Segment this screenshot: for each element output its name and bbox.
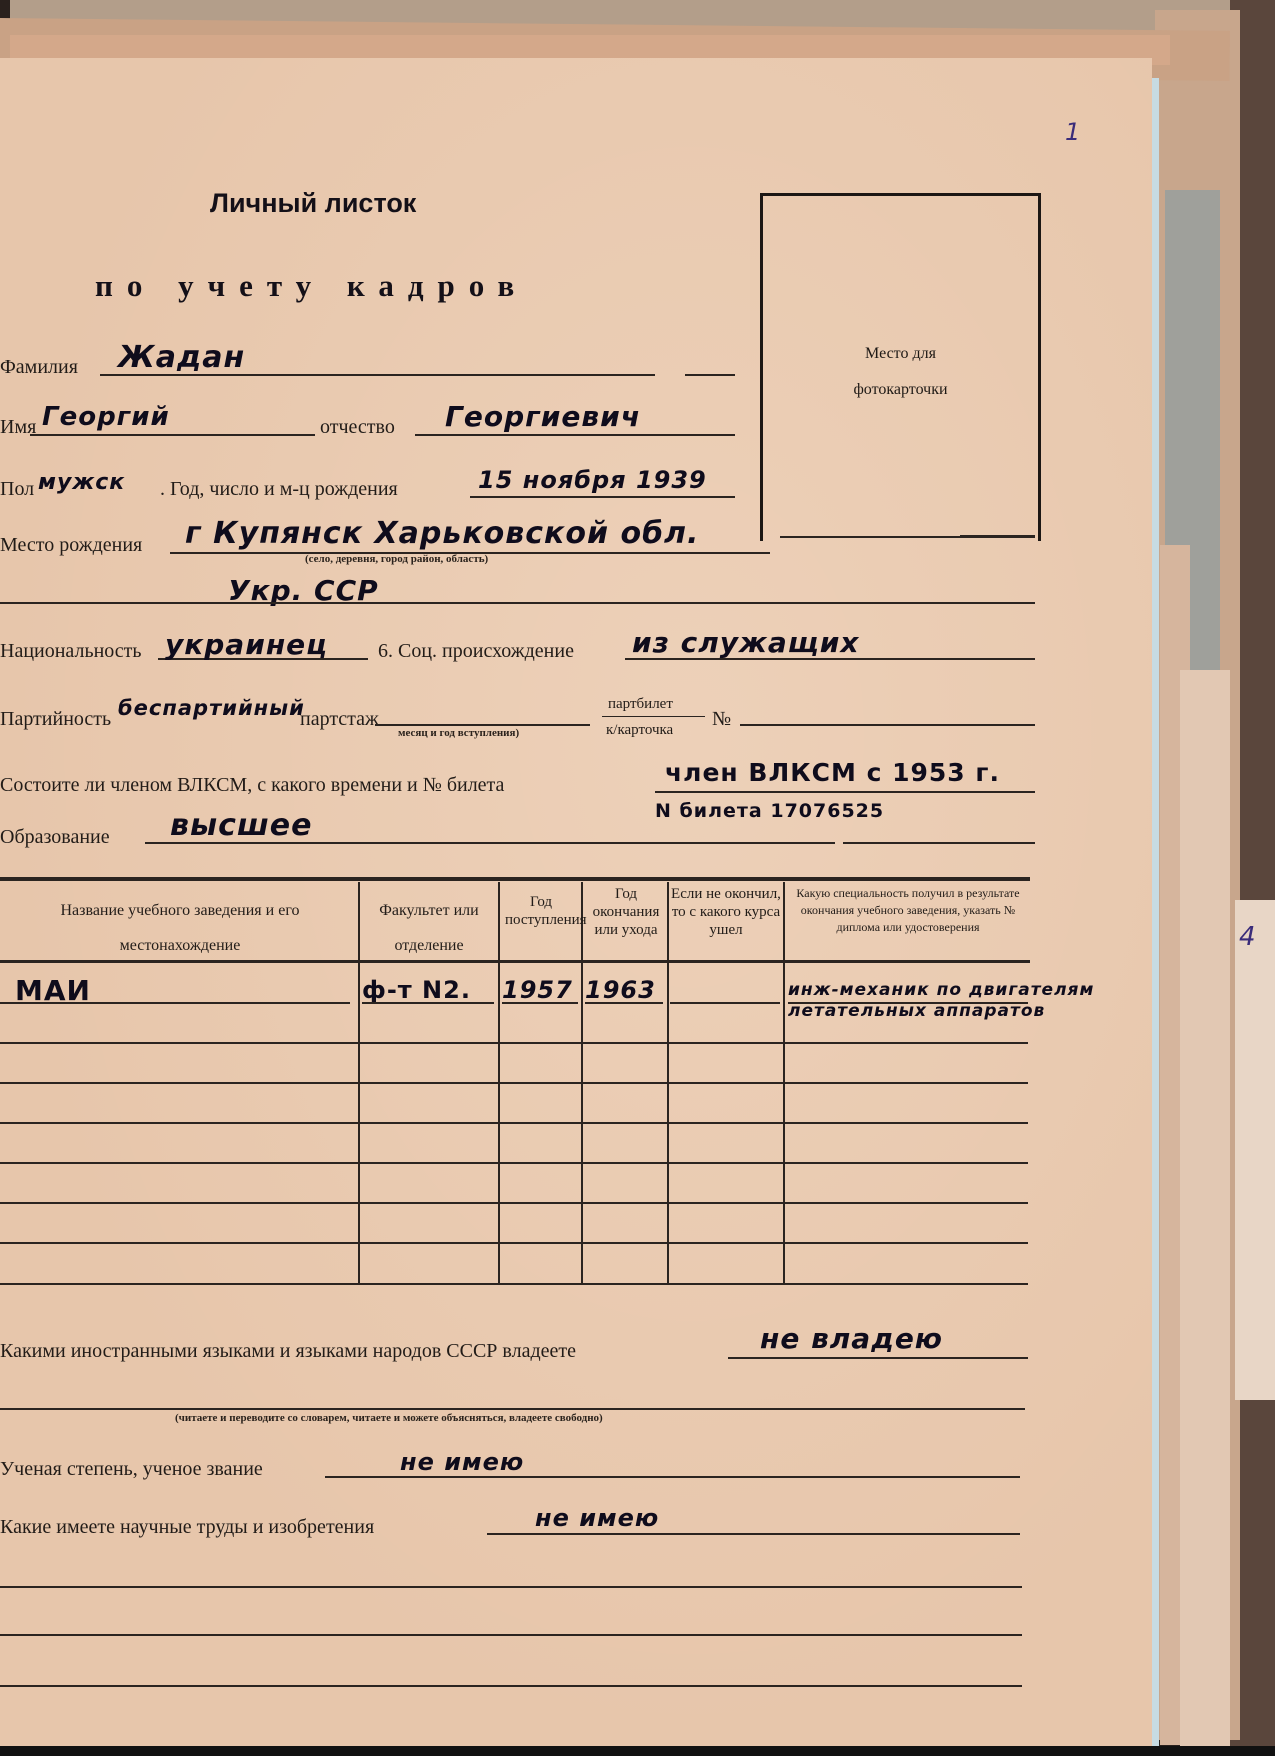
birthplace-label: Место рождения — [0, 534, 142, 557]
languages-label: Какими иностранными языками и языками на… — [0, 1340, 576, 1363]
birthplace-value-1[interactable]: г Купянск Харьковской обл. — [185, 516, 699, 551]
cell-faculty[interactable]: ф-т N2. — [362, 976, 471, 1004]
birth-date-label: . Год, число и м-ц рождения — [160, 478, 398, 501]
works-value[interactable]: не имею — [535, 1504, 659, 1532]
komsomol-value-1[interactable]: член ВЛКСМ с 1953 г. — [665, 758, 1000, 787]
education-label: Образование — [0, 826, 110, 849]
education-value[interactable]: высшее — [170, 808, 312, 843]
sex-label: Пол — [0, 478, 34, 501]
surname-label: Фамилия — [0, 356, 78, 379]
table-header-institution: Название учебного заведения и его местон… — [10, 893, 350, 963]
table-header-left-course: Если не окончил, то с какого курса ушел — [670, 885, 782, 939]
photo-label-1: Место для — [763, 336, 1038, 372]
social-origin-label: 6. Соц. происхождение — [378, 640, 574, 663]
komsomol-value-2[interactable]: N билета 17076525 — [655, 800, 884, 822]
party-value[interactable]: беспартийный — [118, 696, 305, 720]
scan-border — [0, 1746, 1275, 1756]
table-header-year-in: Год поступления — [505, 893, 577, 929]
page-number-mark: 1 — [1065, 118, 1080, 146]
first-name-value[interactable]: Георгий — [42, 402, 170, 432]
party-card-bottom: к/карточка — [606, 722, 673, 739]
works-label: Какие имеете научные труды и изобретения — [0, 1516, 374, 1539]
background-tab: 4 — [1235, 900, 1275, 1400]
birthplace-hint: (село, деревня, город район, область) — [305, 553, 488, 565]
sex-value[interactable]: мужск — [38, 470, 125, 495]
party-number-label: № — [712, 708, 731, 731]
cell-year-out[interactable]: 1963 — [585, 976, 656, 1004]
form-subtitle: по учету кадров — [95, 268, 528, 304]
cell-year-in[interactable]: 1957 — [502, 976, 573, 1004]
party-stazh-hint: месяц и год вступления) — [398, 727, 519, 739]
patronymic-label: отчество — [320, 416, 395, 439]
table-header-specialty: Какую специальность получил в результате… — [788, 885, 1028, 936]
party-stazh-label: партстаж — [300, 708, 379, 731]
table-header-year-out: Год окончания или ухода — [585, 885, 667, 939]
komsomol-label: Состоите ли членом ВЛКСМ, с какого време… — [0, 774, 504, 797]
side-mark: 4 — [1239, 922, 1256, 952]
form-content: 1 Личный листок по учету кадров Место дл… — [0, 0, 1152, 1756]
degree-value[interactable]: не имею — [400, 1448, 524, 1476]
patronymic-value[interactable]: Георгиевич — [445, 400, 641, 433]
cell-specialty[interactable]: инж-механик по двигателям летательных ап… — [788, 980, 1128, 1022]
background-tab — [1180, 670, 1230, 1750]
nationality-value[interactable]: украинец — [165, 628, 328, 661]
nationality-label: Национальность — [0, 640, 142, 663]
form-title: Личный листок — [210, 188, 416, 219]
social-origin-value[interactable]: из служащих — [632, 626, 859, 659]
surname-value[interactable]: Жадан — [118, 340, 245, 375]
degree-label: Ученая степень, ученое звание — [0, 1458, 263, 1481]
photo-label-2: фотокарточки — [763, 372, 1038, 408]
party-card-top: партбилет — [608, 696, 673, 713]
languages-hint: (читаете и переводите со словарем, читае… — [175, 1412, 603, 1424]
party-label: Партийность — [0, 708, 111, 731]
languages-value[interactable]: не владею — [760, 1322, 943, 1355]
sheet-edge — [1152, 78, 1159, 1756]
photo-placeholder: Место для фотокарточки — [760, 193, 1041, 541]
table-header-faculty: Факультет или отделение — [360, 893, 498, 963]
birth-date-value[interactable]: 15 ноября 1939 — [478, 466, 707, 494]
